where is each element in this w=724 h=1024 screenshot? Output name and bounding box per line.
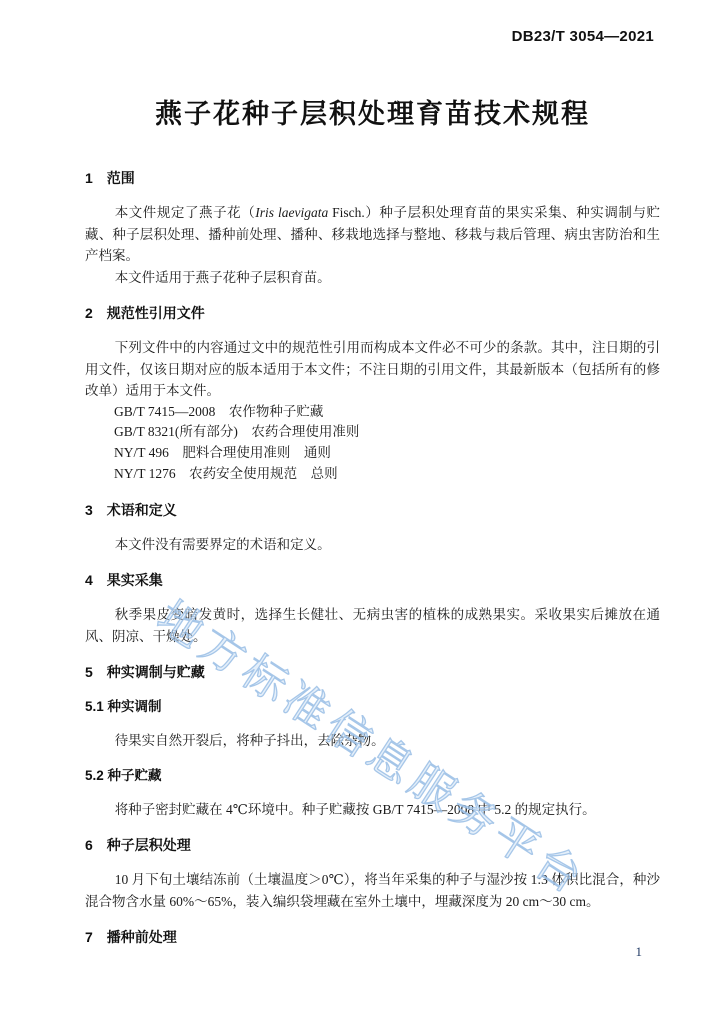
species-author: Fisch.） bbox=[328, 205, 379, 220]
scope-text-before: 本文件规定了燕子花（ bbox=[115, 205, 256, 220]
section-heading-7-pre-sowing: 7 播种前处理 bbox=[85, 927, 660, 948]
reference-list: GB/T 7415—2008 农作物种子贮藏 GB/T 8321(所有部分) 农… bbox=[85, 402, 660, 485]
subsection-heading-5-2: 5.2 种子贮藏 bbox=[85, 765, 660, 786]
reference-item: GB/T 7415—2008 农作物种子贮藏 bbox=[114, 402, 660, 423]
reference-item: GB/T 8321(所有部分) 农药合理使用准则 bbox=[114, 422, 660, 443]
document-content: 燕子花种子层积处理育苗技术规程 1 范围 本文件规定了燕子花（Iris laev… bbox=[85, 0, 660, 948]
paragraph-scope-1: 本文件规定了燕子花（Iris laevigata Fisch.）种子层积处理育苗… bbox=[85, 202, 660, 267]
paragraph-5-1: 待果实自然开裂后，将种子抖出，去除杂物。 bbox=[85, 730, 660, 752]
section-heading-5-seed-processing-storage: 5 种实调制与贮藏 bbox=[85, 662, 660, 683]
paragraph-5-2: 将种子密封贮藏在 4℃环境中。种子贮藏按 GB/T 7415—2008 中 5.… bbox=[85, 799, 660, 821]
reference-item: NY/T 496 肥料合理使用准则 通则 bbox=[114, 443, 660, 464]
section-heading-1-scope: 1 范围 bbox=[85, 168, 660, 189]
paragraph-scope-2: 本文件适用于燕子花种子层积育苗。 bbox=[85, 267, 660, 289]
paragraph-terms: 本文件没有需要界定的术语和定义。 bbox=[85, 534, 660, 556]
paragraph-stratification: 10 月下旬土壤结冻前（土壤温度＞0℃），将当年采集的种子与湿沙按 1:3 体积… bbox=[85, 869, 660, 912]
document-page: DB23/T 3054—2021 地方标准信息服务平台 燕子花种子层积处理育苗技… bbox=[0, 0, 724, 1024]
paragraph-references-intro: 下列文件中的内容通过文中的规范性引用而构成本文件必不可少的条款。其中，注日期的引… bbox=[85, 337, 660, 402]
section-heading-2-normative-references: 2 规范性引用文件 bbox=[85, 303, 660, 324]
reference-item: NY/T 1276 农药安全使用规范 总则 bbox=[114, 464, 660, 485]
section-heading-3-terms: 3 术语和定义 bbox=[85, 500, 660, 521]
subsection-heading-5-1: 5.1 种实调制 bbox=[85, 696, 660, 717]
section-heading-4-fruit-collection: 4 果实采集 bbox=[85, 570, 660, 591]
species-latin-name: Iris laevigata bbox=[255, 205, 328, 220]
document-title: 燕子花种子层积处理育苗技术规程 bbox=[85, 0, 660, 131]
section-heading-6-stratification: 6 种子层积处理 bbox=[85, 835, 660, 856]
paragraph-fruit-collection: 秋季果皮变暗发黄时，选择生长健壮、无病虫害的植株的成熟果实。采收果实后摊放在通风… bbox=[85, 604, 660, 647]
